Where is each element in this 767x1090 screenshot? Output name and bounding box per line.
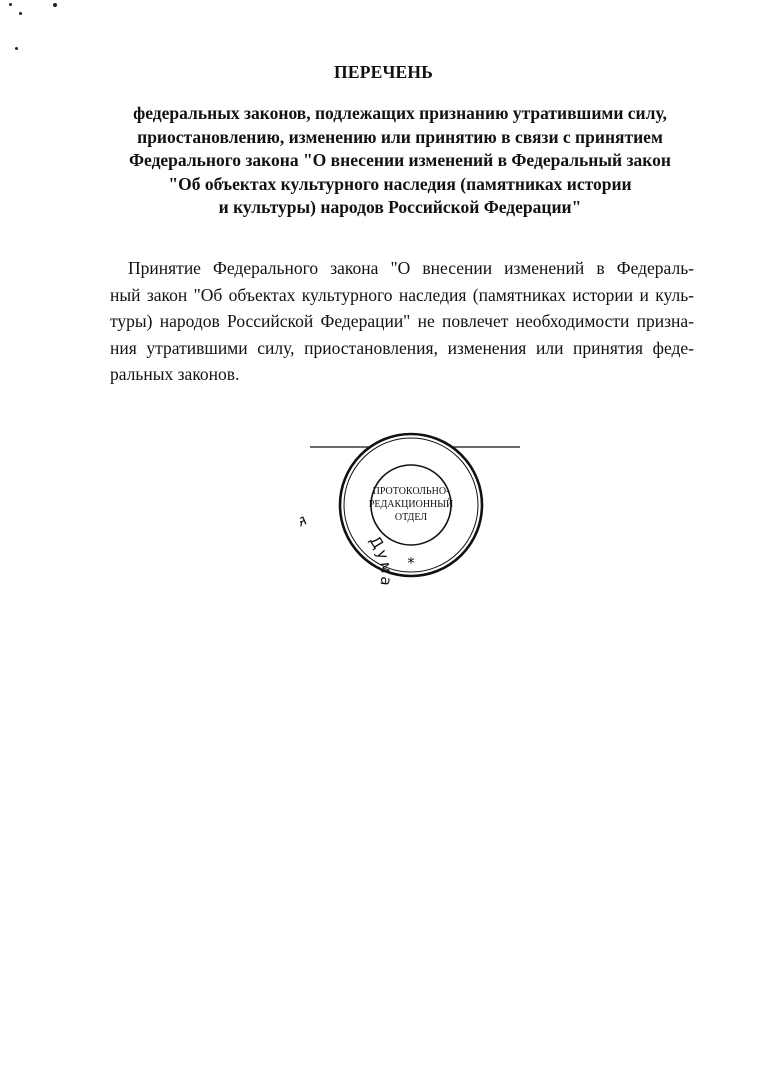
body-line: ный закон "Об объектах культурного насле…	[110, 282, 694, 309]
subtitle-line: Федерального закона "О внесении изменени…	[90, 149, 710, 173]
subtitle-line: "Об объектах культурного наследия (памят…	[90, 173, 710, 197]
subtitle-line: приостановлению, изменению или принятию …	[90, 126, 710, 150]
svg-text:ПРОТОКОЛЬНО-: ПРОТОКОЛЬНО-	[373, 486, 450, 497]
scan-speck	[53, 3, 57, 7]
official-stamp: Дума Ставропольского края ПРОТОКОЛЬНО- Р…	[300, 420, 530, 590]
document-subtitle: федеральных законов, подлежащих признани…	[90, 102, 710, 220]
page-title: ПЕРЕЧЕНЬ	[0, 62, 767, 83]
scan-speck	[19, 12, 22, 15]
svg-text:*: *	[407, 554, 415, 572]
body-line: ральных законов.	[110, 361, 694, 388]
scan-speck	[15, 47, 18, 50]
body-line: Принятие Федерального закона "О внесении…	[110, 255, 694, 282]
stamp-seal-icon: Дума Ставропольского края ПРОТОКОЛЬНО- Р…	[300, 420, 530, 590]
subtitle-line: федеральных законов, подлежащих признани…	[90, 102, 710, 126]
scan-speck	[9, 3, 12, 6]
body-line: туры) народов Российской Федерации" не п…	[110, 308, 694, 335]
subtitle-line: и культуры) народов Российской Федерации…	[90, 196, 710, 220]
body-line: ния утратившими силу, приостановления, и…	[110, 335, 694, 362]
svg-text:ОТДЕЛ: ОТДЕЛ	[395, 512, 427, 523]
body-paragraph: Принятие Федерального закона "О внесении…	[110, 255, 694, 388]
svg-text:РЕДАКЦИОННЫЙ: РЕДАКЦИОННЫЙ	[369, 498, 453, 510]
